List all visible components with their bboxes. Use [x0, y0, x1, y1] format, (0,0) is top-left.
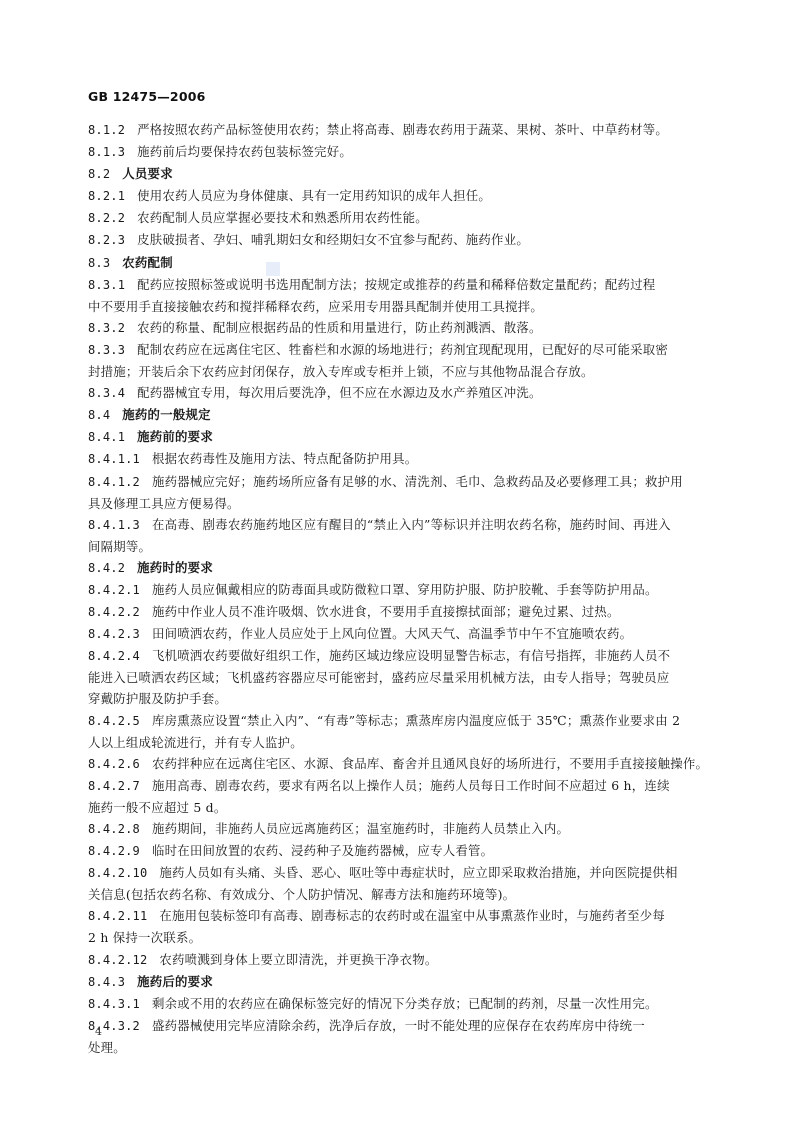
- clause-text: 飞机喷洒农药要做好组织工作，施药区域边缘应设明显警告标志，有信号指挥，非施药人员…: [152, 648, 670, 663]
- clause-text: 施药器械应完好；施药场所应备有足够的水、清洗剂、毛巾、急救药品及必要修理工具；救…: [152, 474, 683, 489]
- text-line: 8.4.1施药前的要求: [88, 426, 710, 448]
- section-heading: 8.2人员要求: [88, 163, 710, 185]
- text-line: 中不要用手直接接触农药和搅拌稀释农药，应采用专用器具配制并使用工具搅拌。: [88, 296, 710, 317]
- clause-number: 8.4.2.5: [88, 714, 140, 728]
- text-line: 8.2人员要求: [88, 163, 710, 185]
- text-line: 8.4.1.3在高毒、剧毒农药施药地区应有醒目的“禁止入内”等标识并注明农药名称…: [88, 514, 710, 536]
- clause-text: 封措施；开装后余下农药应封闭保存，放入专库或专柜并上锁，不应与其他物品混合存放。: [88, 364, 594, 379]
- clause-text: 施药前后均要保持农药包装标签完好。: [137, 144, 352, 159]
- clause-paragraph: 8.4.2.12农药喷溅到身体上要立即清洗，并更换干净衣物。: [88, 949, 710, 971]
- text-line: 8.4.2.1施药人员应佩戴相应的防毒面具或防微粒口罩、穿用防护服、防护胶靴、手…: [88, 579, 710, 601]
- text-line: 8.3.3配制农药应在远离住宅区、牲畜栏和水源的场地进行；药剂宜现配现用，已配好…: [88, 339, 710, 361]
- clause-text: 皮肤破损者、孕妇、哺乳期妇女和经期妇女不宜参与配药、施药作业。: [137, 232, 529, 247]
- clause-paragraph: 8.3.2农药的称量、配制应根据药品的性质和用量进行，防止药剂溅洒、散落。: [88, 317, 710, 339]
- clause-text: 间隔期等。: [88, 539, 151, 554]
- clause-paragraph: 8.4.2.4飞机喷洒农药要做好组织工作，施药区域边缘应设明显警告标志，有信号指…: [88, 645, 710, 709]
- standard-code-header: GB 12475—2006: [88, 89, 206, 104]
- clause-text: 在施用包装标签印有高毒、剧毒标志的农药时或在温室中从事熏蒸作业时，与施药者至少每: [159, 908, 665, 923]
- clause-number: 8.4.2.3: [88, 627, 140, 641]
- text-line: 能进入已喷洒农药区域；飞机盛药容器应尽可能密封，盛药应尽量采用机械方法，由专人指…: [88, 667, 710, 688]
- text-line: 8.4.2.11在施用包装标签印有高毒、剧毒标志的农药时或在温室中从事熏蒸作业时…: [88, 905, 710, 927]
- clause-paragraph: 8.2.1使用农药人员应为身体健康、具有一定用药知识的成年人担任。: [88, 185, 710, 207]
- clause-paragraph: 8.3.1配药应按照标签或说明书选用配制方法；按规定或推荐的药量和稀释倍数定量配…: [88, 274, 710, 317]
- clause-number: 8.1.3: [88, 145, 125, 159]
- clause-text: 临时在田间放置的农药、浸药种子及施药器械，应专人看管。: [152, 843, 493, 858]
- clause-number: 8.4.2.9: [88, 844, 140, 858]
- clause-number: 8.4.1.3: [88, 518, 140, 532]
- section-heading: 8.4.1施药前的要求: [88, 426, 710, 448]
- text-line: 关信息(包括农药名称、有效成分、个人防护情况、解毒方法和施药环境等)。: [88, 884, 710, 905]
- clause-number: 8.4.2.12: [88, 953, 147, 967]
- clause-number: 8.4.2.10: [88, 866, 147, 880]
- text-line: 8.4.2.3田间喷洒农药，作业人员应处于上风向位置。大风天气、高温季节中午不宜…: [88, 623, 710, 645]
- clause-text: 施药中作业人员不准许吸烟、饮水进食，不要用手直接擦拭面部；避免过累、过热。: [152, 604, 620, 619]
- clause-number: 8.4.2.7: [88, 779, 140, 793]
- section-heading: 8.4.3施药后的要求: [88, 971, 710, 993]
- clause-number: 8.4.2: [88, 561, 125, 575]
- text-line: 间隔期等。: [88, 536, 710, 557]
- clause-text: 处理。: [88, 1040, 126, 1055]
- text-line: 8.4.2.7施用高毒、剧毒农药，要求有两名以上操作人员；施药人员每日工作时间不…: [88, 775, 710, 797]
- text-line: 8.4.2.4飞机喷洒农药要做好组织工作，施药区域边缘应设明显警告标志，有信号指…: [88, 645, 710, 667]
- clause-number: 8.3.1: [88, 278, 125, 292]
- clause-number: 8.4: [88, 408, 110, 422]
- text-line: 8.4.2.12农药喷溅到身体上要立即清洗，并更换干净衣物。: [88, 949, 710, 971]
- text-line: 8.4.3.2盛药器械使用完毕应清除余药，洗净后存放，一时不能处理的应保存在农药…: [88, 1015, 710, 1037]
- text-line: 8.4.3施药后的要求: [88, 971, 710, 993]
- clause-paragraph: 8.4.3.1剩余或不用的农药应在确保标签完好的情况下分类存放；已配制的药剂，尽…: [88, 993, 710, 1015]
- text-line: 8.1.2严格按照农药产品标签使用农药；禁止将高毒、剧毒农药用于蔬菜、果树、茶叶…: [88, 119, 710, 141]
- clause-number: 8.3: [88, 256, 110, 270]
- heading-text: 施药后的要求: [137, 974, 213, 989]
- text-line: 8.4.2.5库房熏蒸应设置“禁止入内”、“有毒”等标志；熏蒸库房内温度应低于 …: [88, 710, 710, 732]
- clause-paragraph: 8.4.2.7施用高毒、剧毒农药，要求有两名以上操作人员；施药人员每日工作时间不…: [88, 775, 710, 818]
- text-line: 8.2.1使用农药人员应为身体健康、具有一定用药知识的成年人担任。: [88, 185, 710, 207]
- clause-paragraph: 8.4.2.5库房熏蒸应设置“禁止入内”、“有毒”等标志；熏蒸库房内温度应低于 …: [88, 710, 710, 753]
- clause-text: 农药配制人员应掌握必要技术和熟悉所用农药性能。: [137, 210, 428, 225]
- text-line: 具及修理工具应方便易得。: [88, 493, 710, 514]
- clause-number: 8.4.2.11: [88, 909, 147, 923]
- text-line: 8.1.3施药前后均要保持农药包装标签完好。: [88, 141, 710, 163]
- text-line: 人以上组成轮流进行，并有专人监护。: [88, 732, 710, 753]
- clause-number: 8.4.2.6: [88, 757, 140, 771]
- section-heading: 8.3农药配制: [88, 252, 710, 274]
- clause-paragraph: 8.4.1.1根据农药毒性及施用方法、特点配备防护用具。: [88, 448, 710, 470]
- clause-number: 8.4.3.1: [88, 997, 140, 1011]
- clause-text: 配制农药应在远离住宅区、牲畜栏和水源的场地进行；药剂宜现配现用，已配好的尽可能采…: [137, 342, 668, 357]
- clause-text: 使用农药人员应为身体健康、具有一定用药知识的成年人担任。: [137, 188, 491, 203]
- text-line: 8.3.4配药器械宜专用，每次用后要洗净，但不应在水源边及水产养殖区冲洗。: [88, 382, 710, 404]
- clause-text: 剩余或不用的农药应在确保标签完好的情况下分类存放；已配制的药剂，尽量一次性用完。: [152, 996, 658, 1011]
- heading-text: 施药前的要求: [137, 429, 213, 444]
- clause-paragraph: 8.4.2.3田间喷洒农药，作业人员应处于上风向位置。大风天气、高温季节中午不宜…: [88, 623, 710, 645]
- text-line: 封措施；开装后余下农药应封闭保存，放入专库或专柜并上锁，不应与其他物品混合存放。: [88, 361, 710, 382]
- clause-text: 人以上组成轮流进行，并有专人监护。: [88, 735, 303, 750]
- text-line: 8.2.2农药配制人员应掌握必要技术和熟悉所用农药性能。: [88, 207, 710, 229]
- page-number: 4: [95, 1025, 102, 1038]
- clause-number: 8.3.4: [88, 386, 125, 400]
- clause-text: 中不要用手直接接触农药和搅拌稀释农药，应采用专用器具配制并使用工具搅拌。: [88, 299, 543, 314]
- clause-paragraph: 8.3.4配药器械宜专用，每次用后要洗净，但不应在水源边及水产养殖区冲洗。: [88, 382, 710, 404]
- clause-text: 配药应按照标签或说明书选用配制方法；按规定或推荐的药量和稀释倍数定量配药；配药过…: [137, 277, 655, 292]
- clause-paragraph: 8.3.3配制农药应在远离住宅区、牲畜栏和水源的场地进行；药剂宜现配现用，已配好…: [88, 339, 710, 382]
- text-line: 8.4.2施药时的要求: [88, 557, 710, 579]
- text-line: 8.4.2.8施药期间，非施药人员应远离施药区；温室施药时，非施药人员禁止入内。: [88, 818, 710, 840]
- clause-paragraph: 8.4.3.2盛药器械使用完毕应清除余药，洗净后存放，一时不能处理的应保存在农药…: [88, 1015, 710, 1058]
- clause-text: 施药一般不应超过 5 d。: [88, 800, 226, 815]
- clause-text: 穿戴防护服及防护手套。: [88, 691, 227, 706]
- clause-text: 农药的称量、配制应根据药品的性质和用量进行，防止药剂溅洒、散落。: [137, 320, 542, 335]
- heading-text: 农药配制: [122, 255, 173, 270]
- clause-number: 8.4.2.2: [88, 605, 140, 619]
- clause-text: 农药喷溅到身体上要立即清洗，并更换干净衣物。: [159, 952, 437, 967]
- clause-text: 根据农药毒性及施用方法、特点配备防护用具。: [152, 451, 417, 466]
- clause-text: 具及修理工具应方便易得。: [88, 496, 240, 511]
- clause-number: 8.3.3: [88, 343, 125, 357]
- clause-number: 8.4.1: [88, 430, 125, 444]
- heading-text: 施药时的要求: [137, 560, 213, 575]
- clause-paragraph: 8.2.2农药配制人员应掌握必要技术和熟悉所用农药性能。: [88, 207, 710, 229]
- clause-text: 配药器械宜专用，每次用后要洗净，但不应在水源边及水产养殖区冲洗。: [137, 385, 542, 400]
- section-heading: 8.4施药的一般规定: [88, 404, 710, 426]
- clause-paragraph: 8.2.3皮肤破损者、孕妇、哺乳期妇女和经期妇女不宜参与配药、施药作业。: [88, 229, 710, 251]
- clause-text: 2 h 保持一次联系。: [88, 930, 201, 945]
- clause-paragraph: 8.1.2严格按照农药产品标签使用农药；禁止将高毒、剧毒农药用于蔬菜、果树、茶叶…: [88, 119, 710, 141]
- clause-paragraph: 8.4.2.2施药中作业人员不准许吸烟、饮水进食，不要用手直接擦拭面部；避免过累…: [88, 601, 710, 623]
- text-line: 8.4.2.10施药人员如有头痛、头昏、恶心、呕吐等中毒症状时，应立即采取救治措…: [88, 862, 710, 884]
- clause-text: 农药拌种应在远离住宅区、水源、食品库、畜舍并且通风良好的场所进行，不要用手直接接…: [152, 756, 708, 771]
- document-body: 8.1.2严格按照农药产品标签使用农药；禁止将高毒、剧毒农药用于蔬菜、果树、茶叶…: [88, 119, 710, 1058]
- text-line: 8.4.3.1剩余或不用的农药应在确保标签完好的情况下分类存放；已配制的药剂，尽…: [88, 993, 710, 1015]
- clause-paragraph: 8.4.2.11在施用包装标签印有高毒、剧毒标志的农药时或在温室中从事熏蒸作业时…: [88, 905, 710, 948]
- clause-paragraph: 8.4.2.8施药期间，非施药人员应远离施药区；温室施药时，非施药人员禁止入内。: [88, 818, 710, 840]
- text-line: 8.4.2.2施药中作业人员不准许吸烟、饮水进食，不要用手直接擦拭面部；避免过累…: [88, 601, 710, 623]
- clause-paragraph: 8.4.1.2施药器械应完好；施药场所应备有足够的水、清洗剂、毛巾、急救药品及必…: [88, 471, 710, 514]
- text-line: 8.4施药的一般规定: [88, 404, 710, 426]
- clause-text: 施药人员应佩戴相应的防毒面具或防微粒口罩、穿用防护服、防护胶靴、手套等防护用品。: [152, 582, 658, 597]
- clause-number: 8.2.3: [88, 233, 125, 247]
- clause-paragraph: 8.4.2.9临时在田间放置的农药、浸药种子及施药器械，应专人看管。: [88, 840, 710, 862]
- clause-number: 8.2.1: [88, 189, 125, 203]
- clause-number: 8.4.2.1: [88, 583, 140, 597]
- clause-number: 8.2: [88, 167, 110, 181]
- text-line: 8.3.1配药应按照标签或说明书选用配制方法；按规定或推荐的药量和稀释倍数定量配…: [88, 274, 710, 296]
- clause-number: 8.4.2.4: [88, 649, 140, 663]
- clause-number: 8.4.3: [88, 975, 125, 989]
- text-line: 8.4.1.2施药器械应完好；施药场所应备有足够的水、清洗剂、毛巾、急救药品及必…: [88, 471, 710, 493]
- text-line: 8.3农药配制: [88, 252, 710, 274]
- text-line: 处理。: [88, 1037, 710, 1058]
- clause-number: 8.4.2.8: [88, 822, 140, 836]
- clause-text: 在高毒、剧毒农药施药地区应有醒目的“禁止入内”等标识并注明农药名称，施药时间、再…: [152, 517, 671, 532]
- clause-text: 关信息(包括农药名称、有效成分、个人防护情况、解毒方法和施药环境等)。: [88, 887, 515, 902]
- clause-text: 施药人员如有头痛、头昏、恶心、呕吐等中毒症状时，应立即采取救治措施，并向医院提供…: [159, 865, 677, 880]
- clause-text: 施药期间，非施药人员应远离施药区；温室施药时，非施药人员禁止入内。: [152, 821, 569, 836]
- clause-text: 库房熏蒸应设置“禁止入内”、“有毒”等标志；熏蒸库房内温度应低于 35℃；熏蒸作…: [152, 713, 680, 728]
- heading-text: 人员要求: [122, 166, 173, 181]
- clause-text: 能进入已喷洒农药区域；飞机盛药容器应尽可能密封，盛药应尽量采用机械方法，由专人指…: [88, 670, 669, 685]
- text-line: 8.4.2.9临时在田间放置的农药、浸药种子及施药器械，应专人看管。: [88, 840, 710, 862]
- clause-paragraph: 8.4.1.3在高毒、剧毒农药施药地区应有醒目的“禁止入内”等标识并注明农药名称…: [88, 514, 710, 557]
- text-line: 施药一般不应超过 5 d。: [88, 797, 710, 818]
- clause-text: 严格按照农药产品标签使用农药；禁止将高毒、剧毒农药用于蔬菜、果树、茶叶、中草药材…: [137, 122, 668, 137]
- clause-number: 8.4.1.2: [88, 475, 140, 489]
- clause-number: 8.2.2: [88, 211, 125, 225]
- text-line: 8.4.2.6农药拌种应在远离住宅区、水源、食品库、畜舍并且通风良好的场所进行，…: [88, 753, 710, 775]
- text-line: 8.3.2农药的称量、配制应根据药品的性质和用量进行，防止药剂溅洒、散落。: [88, 317, 710, 339]
- clause-paragraph: 8.1.3施药前后均要保持农药包装标签完好。: [88, 141, 710, 163]
- clause-text: 盛药器械使用完毕应清除余药，洗净后存放，一时不能处理的应保存在农药库房中待统一: [152, 1018, 645, 1033]
- text-line: 2 h 保持一次联系。: [88, 927, 710, 948]
- clause-number: 8.3.2: [88, 321, 125, 335]
- text-line: 8.4.1.1根据农药毒性及施用方法、特点配备防护用具。: [88, 448, 710, 470]
- section-heading: 8.4.2施药时的要求: [88, 557, 710, 579]
- clause-number: 8.4.1.1: [88, 452, 140, 466]
- clause-paragraph: 8.4.2.1施药人员应佩戴相应的防毒面具或防微粒口罩、穿用防护服、防护胶靴、手…: [88, 579, 710, 601]
- heading-text: 施药的一般规定: [122, 407, 210, 422]
- clause-text: 田间喷洒农药，作业人员应处于上风向位置。大风天气、高温季节中午不宜施喷农药。: [152, 626, 632, 641]
- text-line: 8.2.3皮肤破损者、孕妇、哺乳期妇女和经期妇女不宜参与配药、施药作业。: [88, 229, 710, 251]
- clause-number: 8.1.2: [88, 123, 125, 137]
- text-line: 穿戴防护服及防护手套。: [88, 688, 710, 709]
- clause-paragraph: 8.4.2.6农药拌种应在远离住宅区、水源、食品库、畜舍并且通风良好的场所进行，…: [88, 753, 710, 775]
- clause-text: 施用高毒、剧毒农药，要求有两名以上操作人员；施药人员每日工作时间不应超过 6 h…: [152, 778, 670, 793]
- clause-paragraph: 8.4.2.10施药人员如有头痛、头昏、恶心、呕吐等中毒症状时，应立即采取救治措…: [88, 862, 710, 905]
